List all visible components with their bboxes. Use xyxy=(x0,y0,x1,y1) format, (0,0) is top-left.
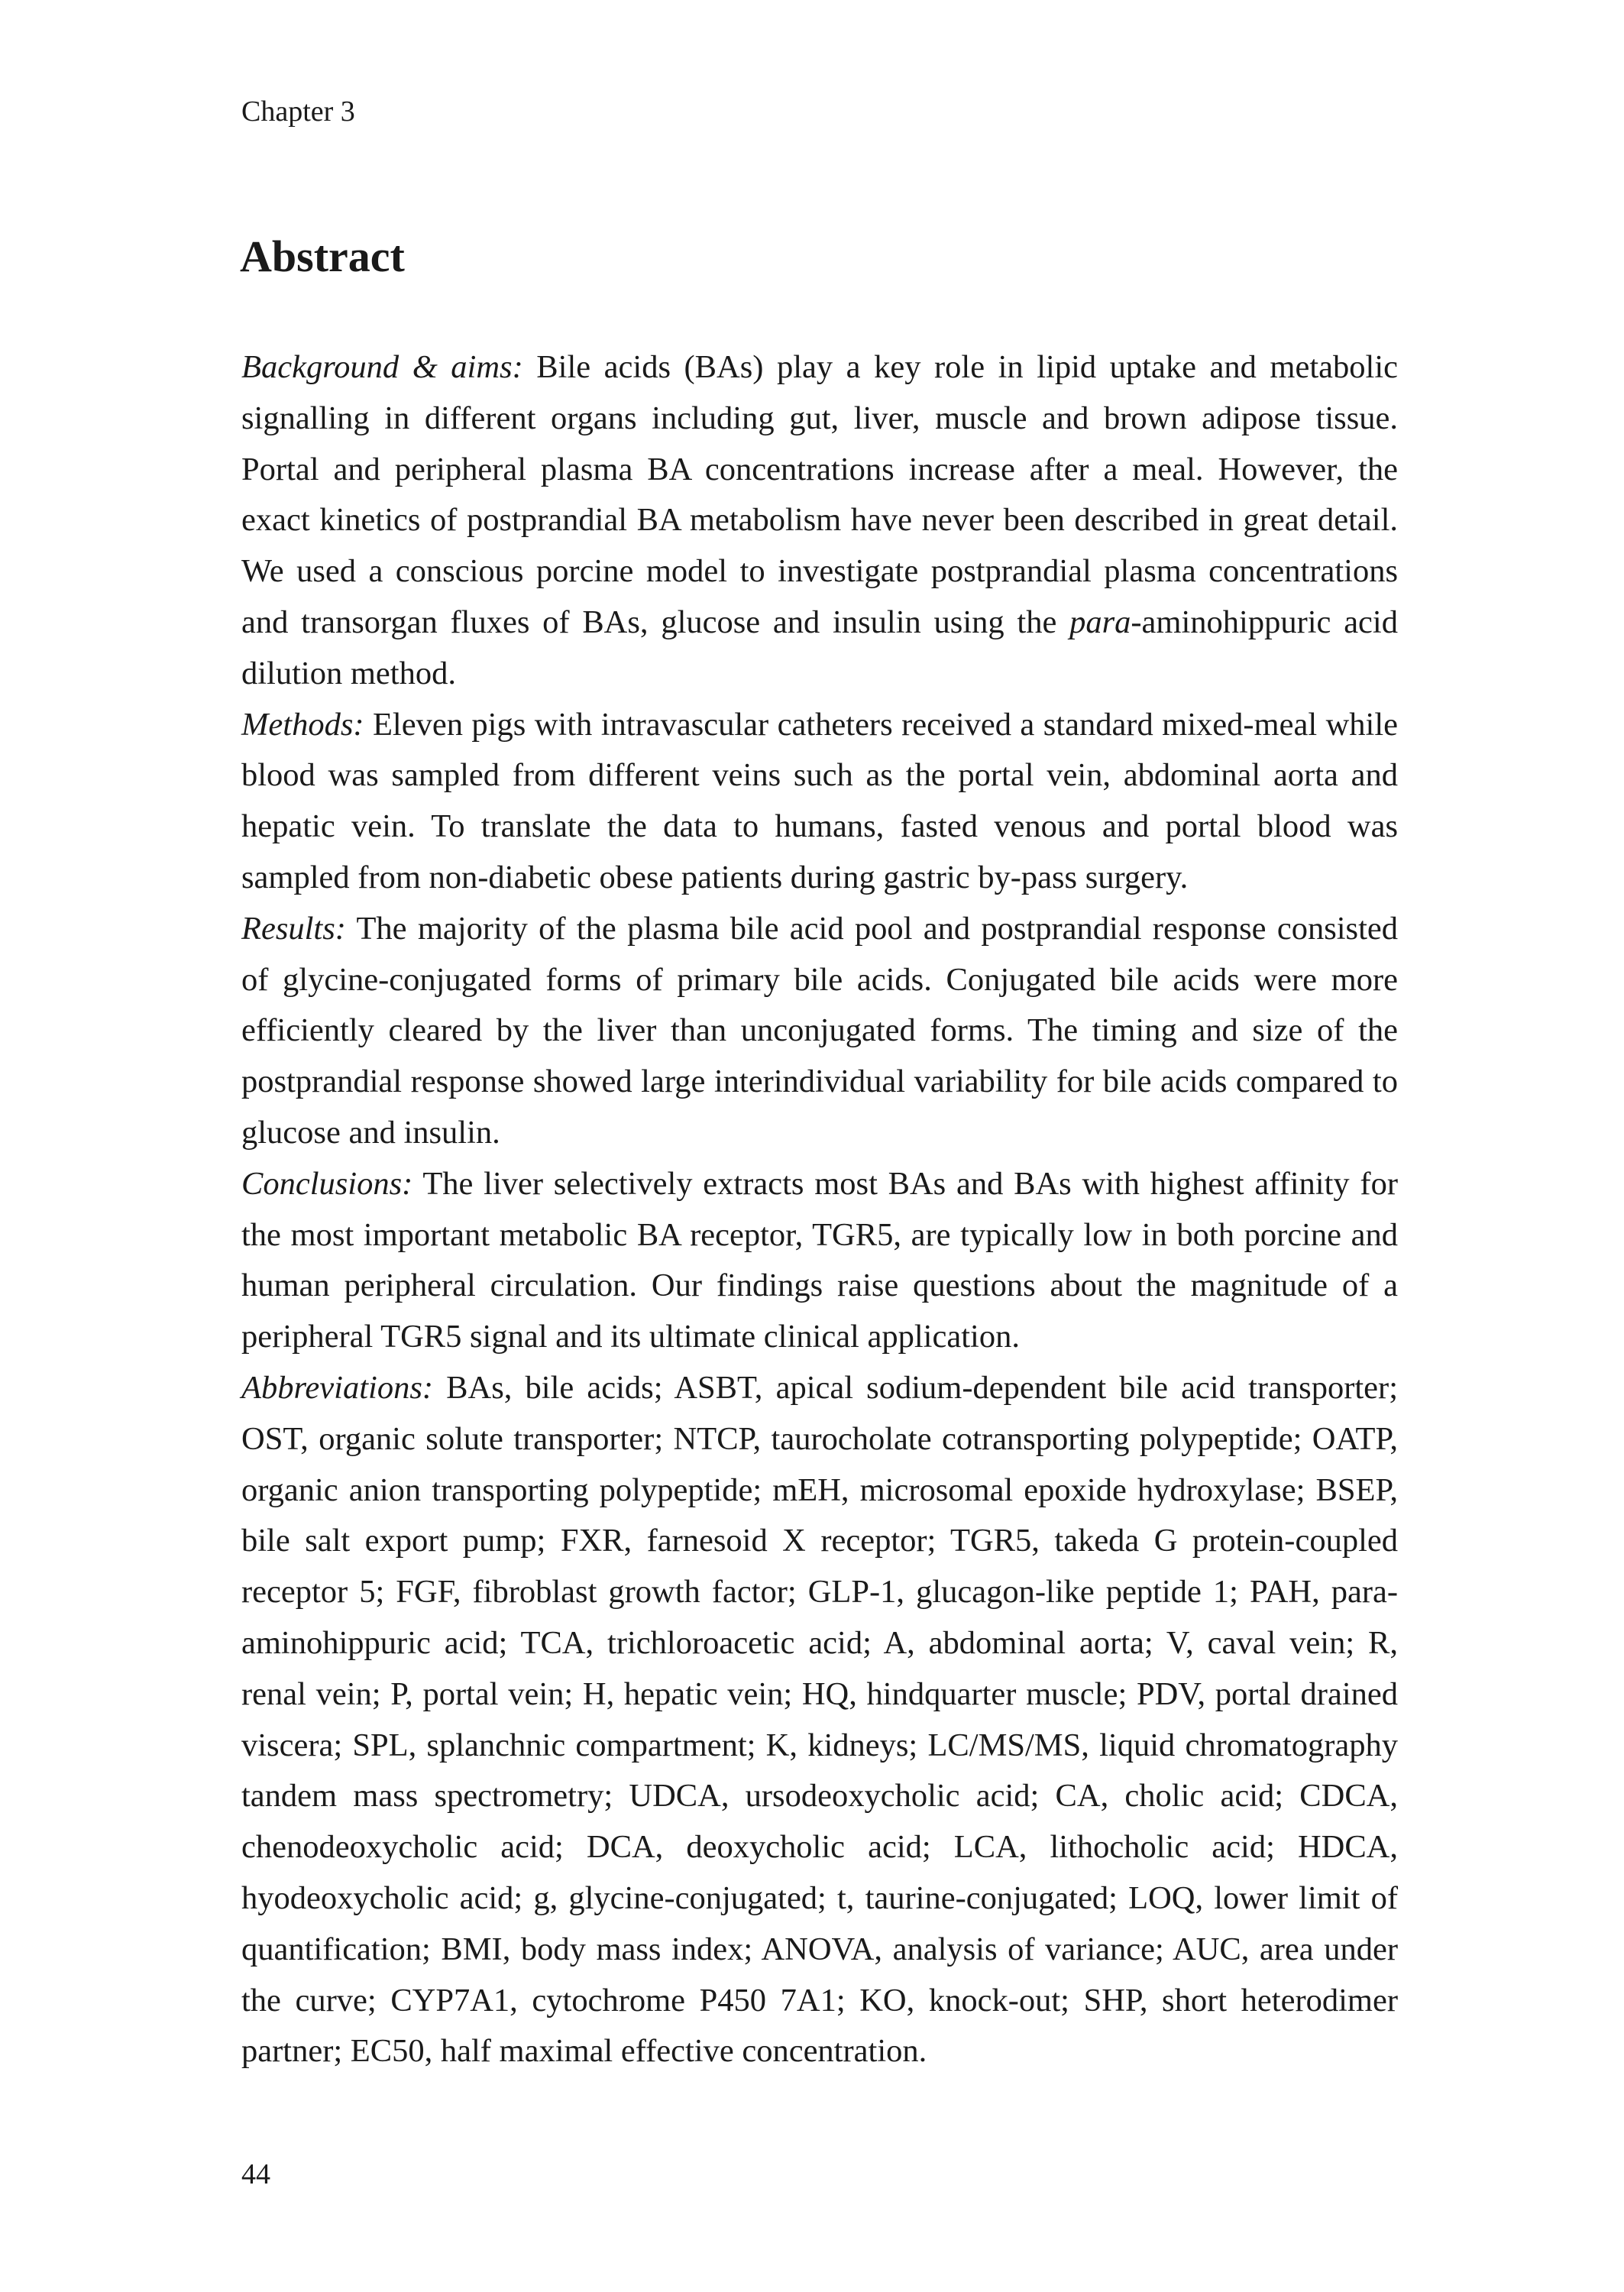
section-text: Eleven pigs with intravascular catheters… xyxy=(241,707,1398,895)
section-label: Conclusions: xyxy=(241,1166,412,1202)
page-number: 44 xyxy=(241,2156,270,2193)
section-label: Abbreviations: xyxy=(241,1370,433,1406)
section-text: The liver selectively extracts most BAs … xyxy=(241,1166,1398,1355)
abstract-body: Background & aims: Bile acids (BAs) play… xyxy=(241,342,1398,2077)
section-methods: Methods: Eleven pigs with intravascular … xyxy=(241,700,1398,904)
running-head: Chapter 3 xyxy=(241,93,355,130)
italic-term: para xyxy=(1069,604,1131,640)
section-background: Background & aims: Bile acids (BAs) play… xyxy=(241,342,1398,700)
section-abbreviations: Abbreviations: BAs, bile acids; ASBT, ap… xyxy=(241,1363,1398,2077)
section-text: Bile acids (BAs) play a key role in lipi… xyxy=(241,349,1398,640)
section-text: The majority of the plasma bile acid poo… xyxy=(241,911,1398,1151)
section-results: Results: The majority of the plasma bile… xyxy=(241,904,1398,1159)
section-text: BAs, bile acids; ASBT, apical sodium-dep… xyxy=(241,1370,1398,2069)
section-label: Methods: xyxy=(241,707,364,743)
abstract-title: Abstract xyxy=(240,229,405,284)
section-label: Background & aims: xyxy=(241,349,523,385)
section-label: Results: xyxy=(241,911,346,947)
section-conclusions: Conclusions: The liver selectively extra… xyxy=(241,1159,1398,1363)
